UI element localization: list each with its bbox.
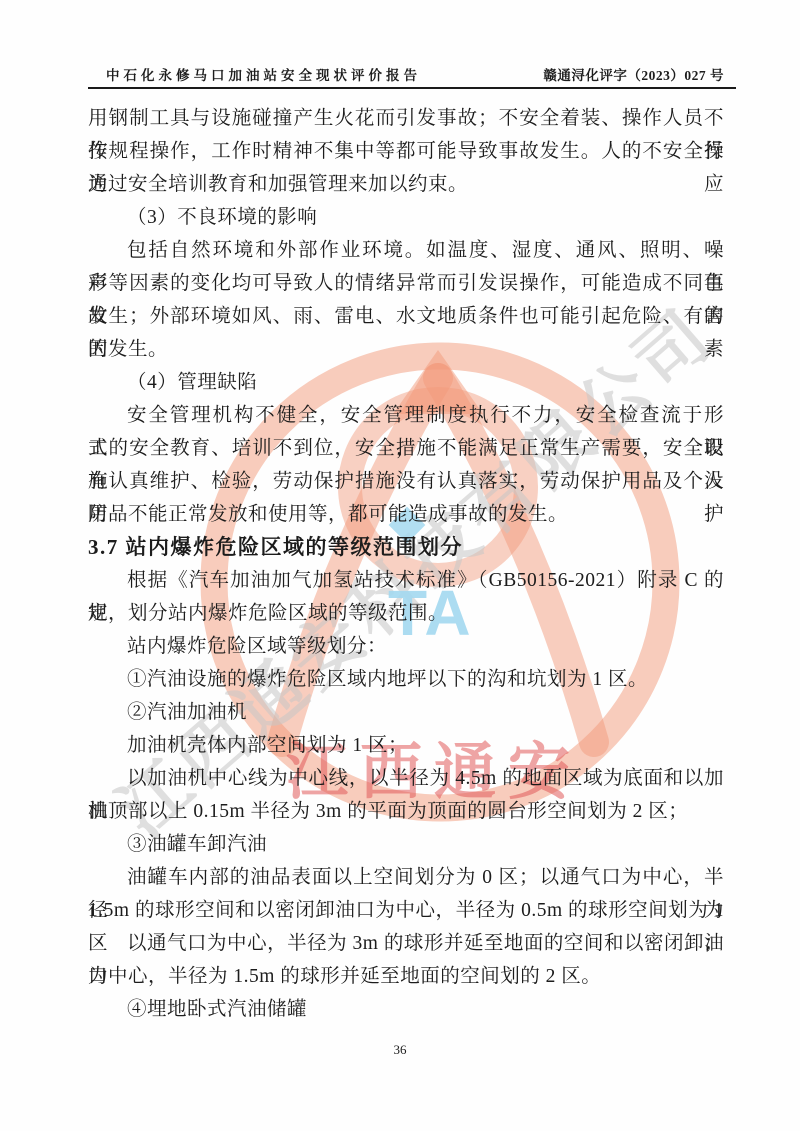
body-line: ③油罐车卸汽油 xyxy=(88,828,724,861)
body-line: 加油机壳体内部空间划为 1 区； xyxy=(88,729,724,762)
header-document-number: 赣通浔化评字（2023）027 号 xyxy=(543,64,724,84)
document-body: 用钢制工具与设施碰撞产生火花而引发事故；不安全着装、操作人员不按操 作规程操作，… xyxy=(88,102,724,1026)
page-number: 36 xyxy=(0,1042,800,1058)
body-line: 以加油机中心线为中心线，以半径为 4.5m 的地面区域为底面和以加油 xyxy=(88,762,724,795)
body-line: 定，划分站内爆炸危险区域的等级范围。 xyxy=(88,597,724,630)
body-line: 为中心，半径为 1.5m 的球形并延至地面的空间划的 2 区。 xyxy=(88,960,724,993)
body-line: 以通气口为中心，半径为 3m 的球形并延至地面的空间和以密闭卸油口 xyxy=(88,927,724,960)
body-line: 彩等因素的变化均可导致人的情绪异常而引发误操作，可能造成不同事故的 xyxy=(88,267,724,300)
body-line: （4）管理缺陷 xyxy=(88,366,724,399)
body-line: 安全管理机构不健全，安全管理制度执行不力，安全检查流于形式，职 xyxy=(88,399,724,432)
page-header: 中石化永修马口加油站安全现状评价报告 赣通浔化评字（2023）027 号 xyxy=(88,62,734,86)
body-line: 发生；外部环境如风、雨、雷电、水文地质条件也可能引起危险、有害因素 xyxy=(88,300,724,333)
header-rule xyxy=(88,87,736,89)
body-line: （3）不良环境的影响 xyxy=(88,201,724,234)
body-line: ②汽油加油机 xyxy=(88,696,724,729)
body-line: ①汽油设施的爆炸危险区域内地坪以下的沟和坑划为 1 区。 xyxy=(88,663,724,696)
body-line: 用钢制工具与设施碰撞产生火花而引发事故；不安全着装、操作人员不按操 xyxy=(88,102,724,135)
header-report-title: 中石化永修马口加油站安全现状评价报告 xyxy=(106,64,421,84)
body-line: 作规程操作，工作时精神不集中等都可能导致事故发生。人的不安全行为应 xyxy=(88,135,724,168)
section-heading: 3.7 站内爆炸危险区域的等级范围划分 xyxy=(88,531,724,564)
body-line: 机顶部以上 0.15m 半径为 3m 的平面为顶面的圆台形空间划为 2 区； xyxy=(88,795,724,828)
body-line: 有认真维护、检验，劳动保护措施没有认真落实，劳动保护用品及个人防护 xyxy=(88,465,724,498)
body-line: 1.5m 的球形空间和以密闭卸油口为中心，半径为 0.5m 的球形空间划为 1 … xyxy=(88,894,724,927)
body-line: 油罐车内部的油品表面以上空间划分为 0 区；以通气口为中心，半径为 xyxy=(88,861,724,894)
report-page: 江西通安科技有限公司 TA 江西通安 中石化永修马口加油站安全现状评价报告 赣通… xyxy=(0,0,800,1131)
body-line: ④埋地卧式汽油储罐 xyxy=(88,993,724,1026)
body-line: 工的安全教育、培训不到位，安全措施不能满足正常生产需要，安全设施没 xyxy=(88,432,724,465)
body-line: 根据《汽车加油加气加氢站技术标准》（GB50156-2021）附录 C 的规 xyxy=(88,564,724,597)
body-line: 站内爆炸危险区域等级划分： xyxy=(88,630,724,663)
body-line: 包括自然环境和外部作业环境。如温度、湿度、通风、照明、噪声、色 xyxy=(88,234,724,267)
